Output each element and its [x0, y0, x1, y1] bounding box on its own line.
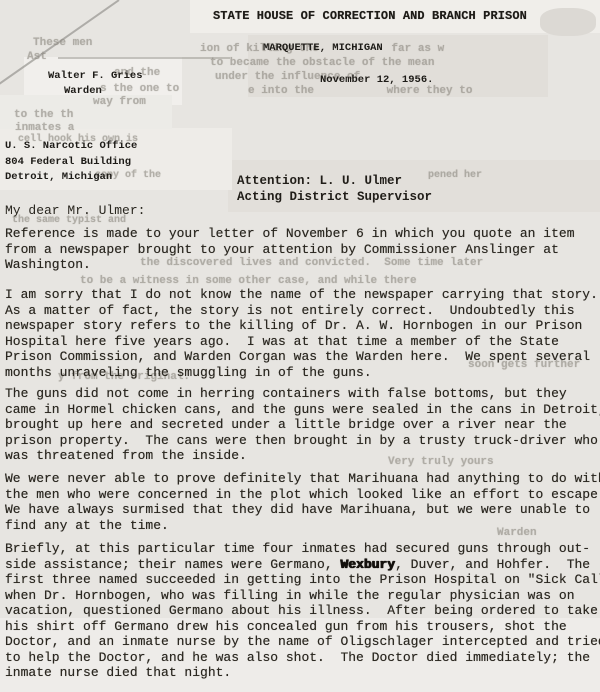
scanned-letter-page: These men Ast ion of killing the far as … [0, 0, 600, 692]
scan-artifact [540, 8, 596, 36]
paragraph-1: Reference is made to your letter of Nove… [5, 226, 575, 273]
sender-title: Warden [48, 85, 102, 97]
ghost-strike-line [58, 57, 230, 59]
letterhead-org: STATE HOUSE OF CORRECTION AND BRANCH PRI… [213, 9, 527, 23]
paragraph-5: Briefly, at this particular time four in… [5, 541, 600, 681]
ghost-text: to became the obstacle of the mean [210, 56, 434, 70]
paragraph-2: I am sorry that I do not know the name o… [5, 287, 598, 380]
ghost-text: to be a witness in some other case, and … [80, 274, 417, 288]
recipient-address: U. S. Narcotic Office 804 Federal Buildi… [5, 139, 137, 186]
letterhead-city: MARQUETTE, MICHIGAN [263, 42, 383, 54]
overstruck-name: Wexbury [340, 557, 395, 573]
ghost-text: e into the where they to [248, 84, 472, 98]
salutation: My dear Mr. Ulmer: [5, 203, 145, 218]
attention-line: Attention: L. U. Ulmer [237, 174, 402, 188]
attention-block: Attention: L. U. Ulmer Acting District S… [237, 174, 432, 205]
paragraph-4: We were never able to prove definitely t… [5, 471, 600, 533]
letter-date: November 12, 1956. [320, 74, 433, 86]
attention-title: Acting District Supervisor [237, 190, 432, 204]
ghost-text: Ast [27, 50, 47, 64]
paragraph-3: The guns did not come in herring contain… [5, 386, 600, 464]
sender-block: Walter F. Gries Warden [48, 69, 143, 99]
ghost-text: to the th [14, 108, 73, 122]
sender-name: Walter F. Gries [48, 70, 143, 82]
ghost-text: pened her [428, 169, 482, 183]
ghost-text: These men [33, 36, 92, 50]
